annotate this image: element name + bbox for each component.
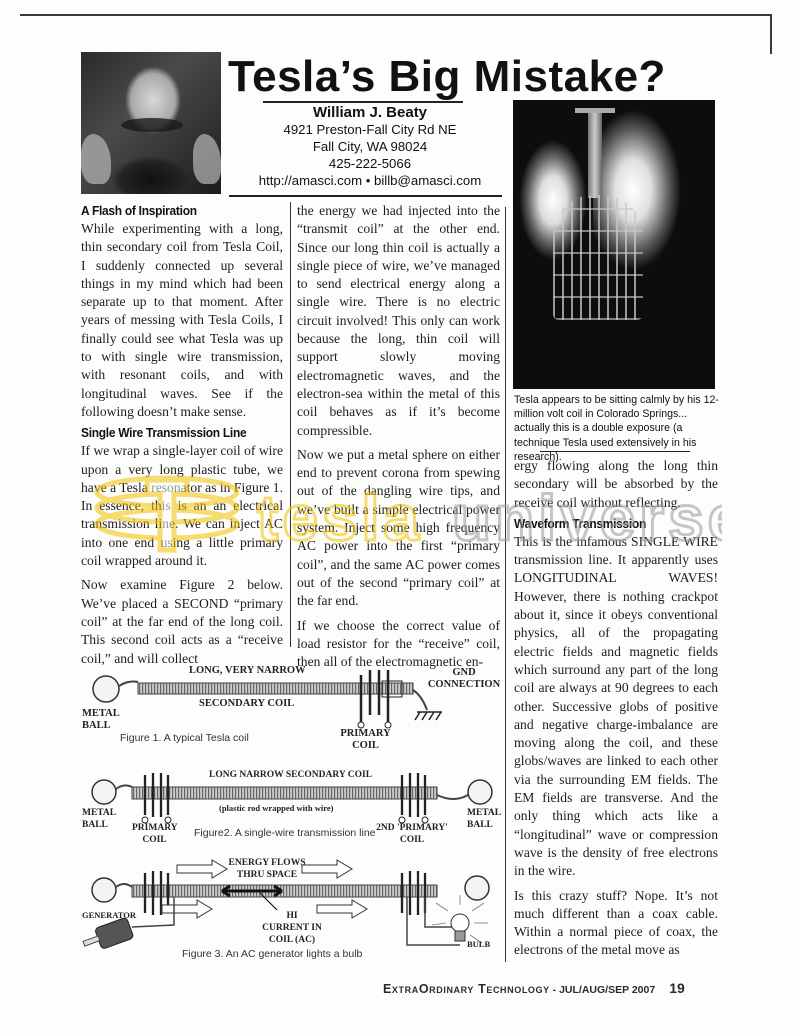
fig2-label-ball-left: METAL BALL <box>82 807 118 831</box>
author-phone: 425-222-5066 <box>240 155 500 172</box>
tesla-coil-photo <box>513 100 715 389</box>
portrait-shadow <box>121 118 183 132</box>
fig2-label-ball-right: METAL BALL <box>467 807 503 831</box>
fig2-label-second-primary: 2ND 'PRIMARY' COIL <box>372 822 452 846</box>
byline-rule <box>229 195 502 197</box>
section-heading-flash: A Flash of Inspiration <box>81 202 267 220</box>
publication-name: ExtraOrdinary Technology <box>383 982 550 996</box>
coil-top <box>575 108 615 113</box>
column-2: the energy we had injected into the “tra… <box>297 202 500 677</box>
paragraph: the energy we had injected into the “tra… <box>297 202 500 440</box>
fig3-label-current: HI CURRENT IN COIL (AC) <box>262 910 322 946</box>
fig3-label-bulb: BULB <box>467 938 490 950</box>
fig3-label-energy: ENERGY FLOWS THRU SPACE <box>222 857 312 881</box>
paragraph: Is this crazy stuff? Nope. It’s not much… <box>514 887 718 960</box>
figure-1-caption: Figure 1. A typical Tesla coil <box>120 732 249 744</box>
fig1-label-primary: PRIMARY COIL <box>338 728 393 752</box>
portrait-hand-right <box>193 134 221 184</box>
paragraph: If we wrap a single-layer coil of wire u… <box>81 442 283 570</box>
fig1-label-bottom: SECONDARY COIL <box>199 698 294 710</box>
fig2-label-top: LONG NARROW SECONDARY COIL <box>209 769 372 781</box>
paragraph: ergy flowing along the long thin seconda… <box>514 457 718 512</box>
author-name: William J. Beaty <box>240 104 500 121</box>
figure-2-caption: Figure2. A single-wire transmission line <box>194 827 376 839</box>
page-footer: ExtraOrdinary Technology - JUL/AUG/SEP 2… <box>383 980 685 998</box>
article-title: Tesla’s Big Mistake? <box>228 52 666 102</box>
figure-3-caption: Figure 3. An AC generator lights a bulb <box>182 948 362 960</box>
paragraph: Now we put a metal sphere on either end … <box>297 446 500 611</box>
fig3-label-generator: GENERATOR <box>82 909 136 921</box>
paragraph: Now examine Figure 2 below. We’ve placed… <box>81 576 283 667</box>
section-heading-single-wire: Single Wire Transmission Line <box>81 424 267 442</box>
fig1-label-ball: METAL BALL <box>82 708 122 732</box>
section-heading-waveform: Waveform Transmission <box>514 515 702 533</box>
figure-1: LONG, VERY NARROW SECONDARY COIL METAL B… <box>82 660 502 760</box>
issue-date: JUL/AUG/SEP 2007 <box>559 984 655 996</box>
title-rule <box>263 101 463 103</box>
fig2-label-primary: PRIMARY COIL <box>132 822 177 846</box>
author-web-email: http://amasci.com • billb@amasci.com <box>234 172 506 189</box>
page-right-border <box>770 14 772 54</box>
column-divider-2 <box>505 207 506 962</box>
page-top-border <box>20 14 772 16</box>
author-byline: William J. Beaty 4921 Preston-Fall City … <box>240 104 500 189</box>
page-number: 19 <box>669 980 685 996</box>
paragraph: While experimenting with a long, thin se… <box>81 220 283 421</box>
figure-3: ENERGY FLOWS THRU SPACE HI CURRENT IN CO… <box>82 855 502 960</box>
fig1-label-top: LONG, VERY NARROW <box>189 665 306 677</box>
fig1-label-ground: GND CONNECTION <box>425 667 503 691</box>
coil-cage <box>553 195 643 320</box>
photo-caption: Tesla appears to be sitting calmly by hi… <box>514 393 719 464</box>
portrait-hand-left <box>81 134 111 184</box>
author-address-line1: 4921 Preston-Fall City Rd NE <box>240 121 500 138</box>
paragraph: This is the infamous SINGLE WIRE transmi… <box>514 533 718 881</box>
author-portrait <box>81 52 221 194</box>
column-3: ergy flowing along the long thin seconda… <box>514 457 718 966</box>
column-divider-1 <box>290 202 291 647</box>
column-1: A Flash of Inspiration While experimenti… <box>81 202 283 674</box>
figure-2: LONG NARROW SECONDARY COIL (plastic rod … <box>82 765 502 850</box>
author-address-line2: Fall City, WA 98024 <box>240 138 500 155</box>
coil-mast <box>588 108 602 198</box>
footer-separator: - <box>550 984 559 996</box>
caption-rule <box>540 451 690 452</box>
fig2-label-middle: (plastic rod wrapped with wire) <box>219 802 333 814</box>
